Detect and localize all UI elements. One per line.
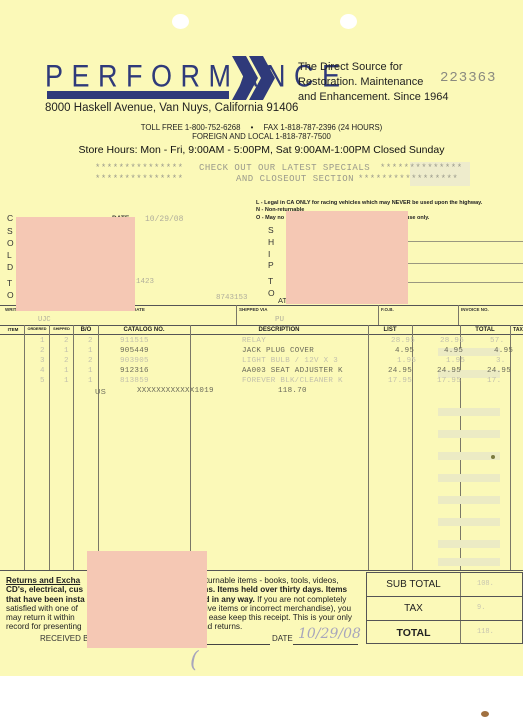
ship-to-letter: H [268, 237, 274, 247]
col-shipped: SHIPPED [49, 327, 74, 331]
tax-value: 9. [477, 604, 485, 612]
col-divider [510, 325, 511, 570]
row-5-description: FOREVER BLK/CLEANER K [242, 377, 367, 385]
row-4-ordered: 1 [64, 367, 69, 375]
fob-label: F.O.B. [381, 307, 394, 312]
company-address: 8000 Haskell Avenue, Van Nuys, Californi… [45, 102, 298, 114]
shaded-cell [438, 430, 500, 438]
row-5-catalog: 813859 [120, 377, 149, 385]
total-row: TOTAL 118. [367, 621, 523, 645]
punch-hole [340, 14, 357, 29]
sold-to-letter: D [7, 262, 13, 272]
row-2-total: 4.95 [494, 347, 513, 355]
row-4-total: 24.95 [487, 367, 511, 375]
signature-date-label: DATE [272, 634, 293, 643]
invoice-no-label: INVOICE NO. [461, 307, 489, 312]
col-item: ITEM [2, 327, 24, 332]
payment-type: US [95, 387, 106, 396]
col-divider [49, 325, 50, 570]
row-1-item: 1 [40, 337, 45, 345]
col-divider [24, 325, 25, 570]
row-4-net: 24.95 [437, 367, 461, 375]
row-1-catalog: 911515 [120, 337, 149, 345]
ship-to-letter: S [268, 225, 274, 235]
divider [236, 305, 237, 325]
phone-line: TOLL FREE 1-800-752-6268 • FAX 1-818-787… [0, 123, 523, 132]
received-by-label: RECEIVED B [40, 634, 88, 643]
row-2-catalog: 905449 [120, 347, 149, 355]
divider [458, 305, 459, 325]
row-3-net: 1.95 [446, 357, 465, 365]
promo-stars: *************** [95, 163, 184, 173]
row-2-item: 2 [40, 347, 45, 355]
promo-line-1: CHECK OUT OUR LATEST SPECIALS [199, 163, 370, 173]
totals-box: SUB TOTAL 108. TAX 9. TOTAL 118. [366, 572, 523, 644]
col-divider [98, 325, 99, 570]
row-1-description: RELAY [242, 337, 266, 345]
row-2-ordered: 1 [64, 347, 69, 355]
written-by-value: UJC [38, 316, 51, 324]
row-5-list: 17.95 [388, 377, 412, 385]
row-2-net: 4.95 [444, 347, 463, 355]
rule [0, 570, 523, 571]
legend-l: L - Legal in CA ONLY for racing vehicles… [256, 200, 482, 206]
promo-stars: ************** [380, 163, 463, 173]
row-1-list: 28.95 [391, 337, 415, 345]
row-3-list: 1.95 [397, 357, 416, 365]
tagline-line: Restoration. Maintenance [298, 75, 448, 90]
row-1-ordered: 2 [64, 337, 69, 345]
punch-hole [172, 14, 189, 29]
row-4-description: AA003 SEAT ADJUSTER K [242, 367, 367, 375]
order-date: 10/29/08 [145, 215, 183, 224]
total-label: TOTAL [367, 627, 460, 639]
row-5-net: 17.95 [437, 377, 461, 385]
col-bo: B/O [74, 327, 98, 333]
ship-to-letter: T [268, 276, 273, 286]
sold-to-letter: O [7, 290, 14, 300]
fax-number: FAX 1-818-787-2396 (24 HOURS) [264, 123, 383, 132]
sold-to-letter: S [7, 226, 13, 236]
row-4-item: 4 [40, 367, 45, 375]
tagline-line: The Direct Source for [298, 60, 448, 75]
shaded-cell [438, 496, 500, 504]
ship-to-letter: I [268, 249, 270, 259]
ship-to-letter: O [268, 288, 275, 298]
row-4-list: 24.95 [388, 367, 412, 375]
tax-row: TAX 9. [367, 597, 523, 621]
ship-rule [405, 263, 523, 264]
shaded-cell [438, 558, 500, 566]
store-hours: Store Hours: Mon - Fri, 9:00AM - 5:00PM,… [0, 144, 523, 156]
shipped-via-label: SHIPPED VIA [239, 307, 268, 312]
signature-line [205, 644, 270, 645]
total-value: 118. [477, 628, 494, 636]
promo-stars: ***************** [358, 174, 458, 184]
col-description: DESCRIPTION [190, 327, 368, 333]
row-3-total: 3. [496, 357, 506, 365]
account-ref: 8743153 [216, 294, 248, 302]
tagline-line: and Enhancement. Since 1964 [298, 90, 448, 105]
ship-to-letter: P [268, 260, 274, 270]
row-4-catalog: 912316 [120, 367, 149, 375]
shaded-cell [438, 540, 500, 548]
row-1-shipped: 2 [88, 337, 93, 345]
col-divider [73, 325, 74, 570]
row-3-description: LIGHT BULB / 12V X 3 [242, 357, 367, 365]
row-3-catalog: 903905 [120, 357, 149, 365]
col-tax: TAX [511, 327, 523, 333]
redacted-sold-to [16, 217, 135, 311]
row-5-shipped: 1 [88, 377, 93, 385]
shaded-cell [438, 518, 500, 526]
cash-label: C [7, 213, 13, 223]
col-total: TOTAL [460, 327, 510, 333]
subtotal-label: SUB TOTAL [367, 579, 460, 590]
row-3-ordered: 2 [64, 357, 69, 365]
row-2-shipped: 1 [88, 347, 93, 355]
ink-speck [481, 711, 489, 717]
divider [378, 305, 379, 325]
redacted-ship-to [286, 211, 408, 304]
handwritten-date: 10/29/08 [298, 626, 361, 642]
col-catalog: CATALOG NO. [98, 327, 190, 333]
rule [0, 334, 523, 335]
legend-o-end: use only. [406, 215, 429, 221]
sold-to-partial: 1423 [136, 278, 154, 286]
ink-speck [491, 455, 495, 459]
form-number: 223363 [440, 70, 496, 86]
ship-rule [405, 241, 523, 242]
shipped-via-value: PU [275, 316, 284, 324]
toll-free-number: TOLL FREE 1-800-752-6268 [141, 123, 241, 132]
promo-line-2: AND CLOSEOUT SECTION [236, 174, 354, 184]
payment-amount: 118.70 [278, 387, 307, 395]
date-line [293, 644, 358, 645]
col-ordered: ORDERED [25, 327, 49, 331]
row-3-shipped: 2 [88, 357, 93, 365]
card-number: XXXXXXXXXXXX1019 [137, 387, 214, 395]
col-divider [368, 325, 369, 570]
handwritten-initial: ( [190, 648, 199, 673]
row-3-item: 3 [40, 357, 45, 365]
row-2-description: JACK PLUG COVER [242, 347, 314, 355]
row-5-ordered: 1 [64, 377, 69, 385]
rule [0, 325, 523, 326]
row-1-total: 57. [490, 337, 504, 345]
legend-o-start: O - May no [256, 215, 284, 221]
row-2-list: 4.95 [395, 347, 414, 355]
tax-label: TAX [367, 603, 460, 614]
ship-rule [405, 282, 523, 283]
sold-to-letter: T [7, 278, 12, 288]
col-list: LIST [368, 327, 412, 333]
promo-stars: *************** [95, 174, 184, 184]
sold-to-letter: O [7, 238, 14, 248]
row-4-shipped: 1 [88, 367, 93, 375]
logo-underline-bar [47, 91, 229, 99]
foreign-local-number: FOREIGN AND LOCAL 1-818-787-7500 [0, 132, 523, 141]
company-tagline: The Direct Source for Restoration. Maint… [298, 60, 448, 105]
row-5-item: 5 [40, 377, 45, 385]
subtotal-row: SUB TOTAL 108. [367, 573, 523, 597]
row-1-net: 28.95 [440, 337, 464, 345]
row-5-total: 17. [487, 377, 501, 385]
subtotal-value: 108. [477, 580, 494, 588]
logo-chevron-icon [232, 56, 282, 100]
sold-to-letter: L [7, 250, 12, 260]
col-divider [190, 325, 191, 570]
redacted-returns [87, 551, 207, 648]
shaded-cell [438, 474, 500, 482]
shaded-cell [438, 408, 500, 416]
